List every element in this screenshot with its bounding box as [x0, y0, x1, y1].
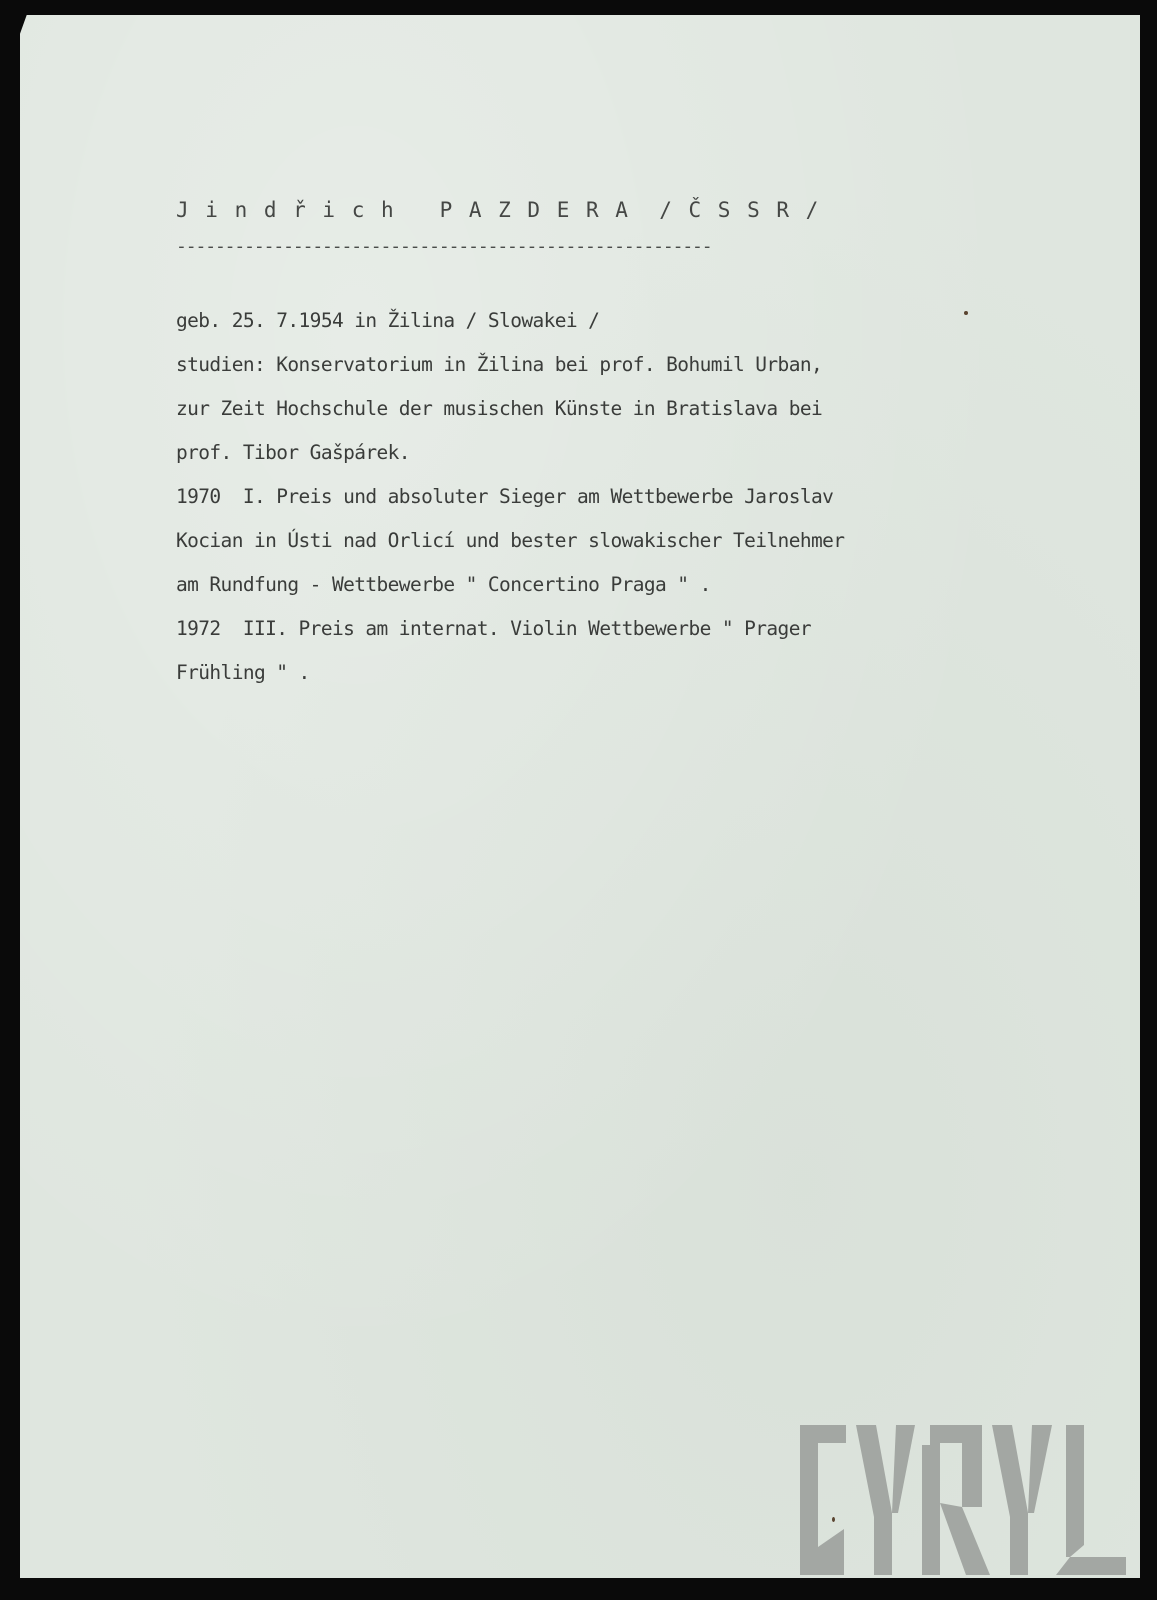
document-heading: J i n d ř i c h P A Z D E R A / Č S S R …: [176, 198, 820, 222]
award-1970-line-2: Kocian in Ústi nad Orlicí und bester slo…: [176, 529, 844, 552]
heading-underline: ----------------------------------------…: [176, 236, 712, 257]
cyryl-watermark-logo: [800, 1425, 1130, 1575]
award-1972-line-2: Frühling " .: [176, 661, 310, 684]
cyryl-logo-icon: [800, 1425, 1130, 1575]
paper-speck: [964, 311, 968, 315]
studies-line-2: zur Zeit Hochschule der musischen Künste…: [176, 397, 822, 420]
birth-line: geb. 25. 7.1954 in Žilina / Slowakei /: [176, 309, 599, 332]
award-1972-line: 1972 III. Preis am internat. Violin Wett…: [176, 617, 811, 640]
paper-sheet: J i n d ř i c h P A Z D E R A / Č S S R …: [20, 15, 1140, 1578]
award-1970-line-3: am Rundfung - Wettbewerbe " Concertino P…: [176, 573, 711, 596]
studies-line-3: prof. Tibor Gašpárek.: [176, 441, 410, 464]
award-1970-line: 1970 I. Preis und absoluter Sieger am We…: [176, 485, 833, 508]
scan-frame: J i n d ř i c h P A Z D E R A / Č S S R …: [0, 0, 1157, 1600]
studies-line: studien: Konservatorium in Žilina bei pr…: [176, 353, 822, 376]
